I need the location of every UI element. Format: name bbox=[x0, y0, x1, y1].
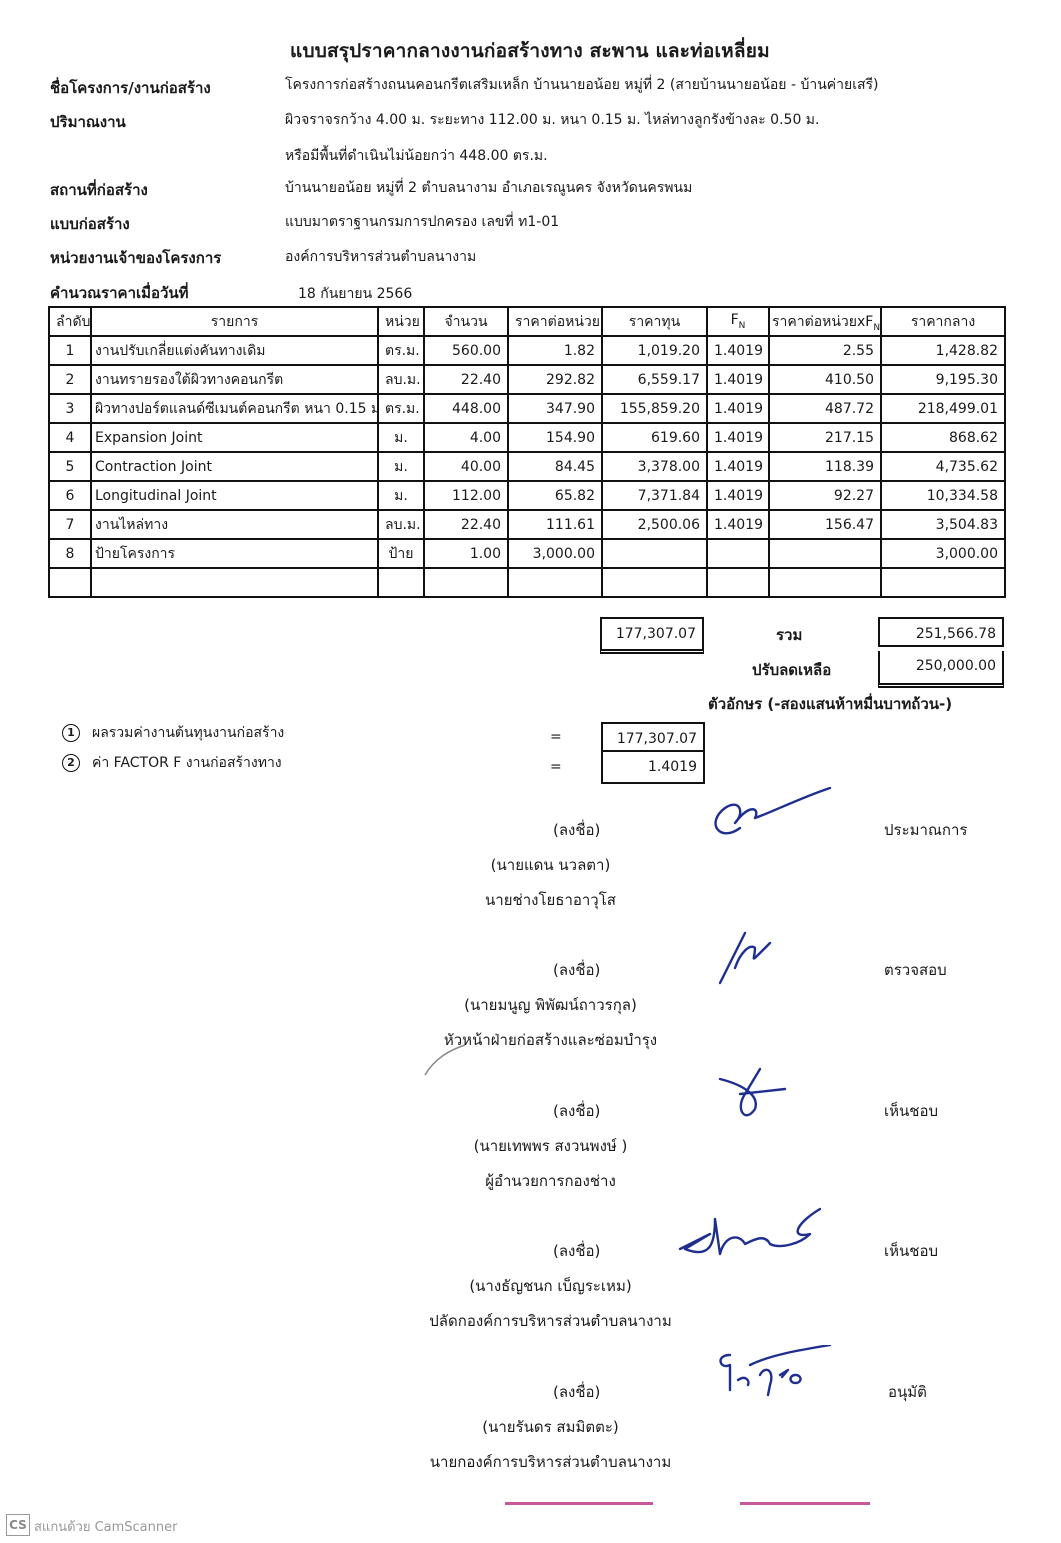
cost-total: 177,307.07 bbox=[600, 617, 704, 654]
note-2-value: 1.4019 bbox=[601, 752, 705, 784]
sign-label: (ลงชื่อ) bbox=[553, 818, 600, 842]
cell-unit: ตร.ม. bbox=[378, 336, 424, 365]
cell-unit-price-fn: 217.15 bbox=[769, 423, 881, 452]
cell-item bbox=[91, 568, 378, 597]
handwritten-signature-icon bbox=[700, 1064, 880, 1134]
cell-fn bbox=[707, 568, 769, 597]
cell-qty: 448.00 bbox=[424, 394, 508, 423]
location-value: บ้านนายอน้อย หมู่ที่ 2 ตำบลนางาม อำเภอเร… bbox=[285, 177, 692, 199]
cell-mid-price: 9,195.30 bbox=[881, 365, 1005, 394]
note-1: 1ผลรวมค่างานต้นทุนงานก่อสร้าง bbox=[62, 722, 284, 744]
cell-item: งานปรับเกลี่ยแต่งคันทางเดิม bbox=[91, 336, 378, 365]
signer-role: เห็นชอบ bbox=[884, 1239, 938, 1263]
cell-mid-price: 868.62 bbox=[881, 423, 1005, 452]
cell-no bbox=[49, 568, 91, 597]
cell-unit-price: 84.45 bbox=[508, 452, 602, 481]
calc-date-value: 18 กันยายน 2566 bbox=[298, 283, 412, 305]
col-qty: จำนวน bbox=[424, 307, 508, 336]
cell-unit-price: 3,000.00 bbox=[508, 539, 602, 568]
handwritten-signature-icon bbox=[700, 1345, 880, 1415]
cell-unit-price-fn: 487.72 bbox=[769, 394, 881, 423]
cell-cost: 619.60 bbox=[602, 423, 707, 452]
cell-fn: 1.4019 bbox=[707, 365, 769, 394]
cell-no: 6 bbox=[49, 481, 91, 510]
cell-mid-price: 218,499.01 bbox=[881, 394, 1005, 423]
amount-in-words: ตัวอักษร (-สองแสนห้าหมื่นบาทถ้วน-) bbox=[708, 692, 952, 716]
cell-unit-price: 65.82 bbox=[508, 481, 602, 510]
cell-item: Longitudinal Joint bbox=[91, 481, 378, 510]
cell-item: งานทรายรองใต้ผิวทางคอนกรีต bbox=[91, 365, 378, 394]
cell-cost: 7,371.84 bbox=[602, 481, 707, 510]
cell-qty: 112.00 bbox=[424, 481, 508, 510]
cell-unit-price-fn bbox=[769, 539, 881, 568]
signer-role: ประมาณการ bbox=[884, 818, 967, 842]
cell-unit: ม. bbox=[378, 481, 424, 510]
cost-table: ลำดับ รายการ หน่วย จำนวน ราคาต่อหน่วย รา… bbox=[48, 306, 1006, 598]
signer-position: ปลัดกองค์การบริหารส่วนตำบลนางาม bbox=[0, 1309, 1061, 1333]
table-row: 5Contraction Jointม.40.0084.453,378.001.… bbox=[49, 452, 1005, 481]
signer-name: (นายมนูญ พิพัฒน์ถาวรกุล) bbox=[0, 993, 1061, 1017]
cell-cost bbox=[602, 568, 707, 597]
cell-no: 1 bbox=[49, 336, 91, 365]
owner-label: หน่วยงานเจ้าของโครงการ bbox=[50, 246, 221, 270]
cell-item: Expansion Joint bbox=[91, 423, 378, 452]
project-name-value: โครงการก่อสร้างถนนคอนกรีตเสริมเหล็ก บ้าน… bbox=[285, 74, 879, 96]
cell-qty: 22.40 bbox=[424, 510, 508, 539]
cell-unit-price: 111.61 bbox=[508, 510, 602, 539]
table-row: 6Longitudinal Jointม.112.0065.827,371.84… bbox=[49, 481, 1005, 510]
total-label: รวม bbox=[776, 623, 802, 647]
cell-mid-price: 4,735.62 bbox=[881, 452, 1005, 481]
total-value: 251,566.78 bbox=[878, 617, 1004, 647]
cell-no: 2 bbox=[49, 365, 91, 394]
cell-cost: 3,378.00 bbox=[602, 452, 707, 481]
circled-2-icon: 2 bbox=[62, 754, 80, 772]
cell-item: ผิวทางปอร์ตแลนด์ซีเมนต์คอนกรีต หนา 0.15 … bbox=[91, 394, 378, 423]
col-fn: FN bbox=[707, 307, 769, 336]
cell-mid-price: 1,428.82 bbox=[881, 336, 1005, 365]
note-1-eq: = bbox=[550, 729, 562, 745]
cell-qty: 40.00 bbox=[424, 452, 508, 481]
cell-unit: ป้าย bbox=[378, 539, 424, 568]
quantity-label: ปริมาณงาน bbox=[50, 110, 126, 134]
sign-label: (ลงชื่อ) bbox=[553, 1099, 600, 1123]
cell-unit-price: 154.90 bbox=[508, 423, 602, 452]
cell-qty: 4.00 bbox=[424, 423, 508, 452]
cell-unit-price-fn: 410.50 bbox=[769, 365, 881, 394]
cell-mid-price bbox=[881, 568, 1005, 597]
cell-unit-price-fn: 92.27 bbox=[769, 481, 881, 510]
table-row: 1งานปรับเกลี่ยแต่งคันทางเดิมตร.ม.560.001… bbox=[49, 336, 1005, 365]
table-header-row: ลำดับ รายการ หน่วย จำนวน ราคาต่อหน่วย รา… bbox=[49, 307, 1005, 336]
cell-unit-price: 292.82 bbox=[508, 365, 602, 394]
note-1-value: 177,307.07 bbox=[601, 722, 705, 752]
table-row: 7งานไหล่ทางลบ.ม.22.40111.612,500.061.401… bbox=[49, 510, 1005, 539]
pen-mark bbox=[420, 1040, 480, 1080]
signer-name: (นายรันดร สมมิตตะ) bbox=[0, 1415, 1061, 1439]
cell-cost: 2,500.06 bbox=[602, 510, 707, 539]
project-name-label: ชื่อโครงการ/งานก่อสร้าง bbox=[50, 76, 211, 100]
calc-date-label: คำนวณราคาเมื่อวันที่ bbox=[50, 281, 189, 305]
cell-unit-price-fn: 156.47 bbox=[769, 510, 881, 539]
table-row: 4Expansion Jointม.4.00154.90619.601.4019… bbox=[49, 423, 1005, 452]
sign-label: (ลงชื่อ) bbox=[553, 1380, 600, 1404]
scan-artifact-line bbox=[505, 1502, 653, 1505]
cell-item: งานไหล่ทาง bbox=[91, 510, 378, 539]
document-title: แบบสรุปราคากลางงานก่อสร้างทาง สะพาน และท… bbox=[290, 36, 770, 66]
col-item: รายการ bbox=[91, 307, 378, 336]
cell-item: ป้ายโครงการ bbox=[91, 539, 378, 568]
handwritten-signature-icon bbox=[700, 783, 880, 853]
table-row bbox=[49, 568, 1005, 597]
location-label: สถานที่ก่อสร้าง bbox=[50, 178, 148, 202]
col-no: ลำดับ bbox=[49, 307, 91, 336]
cell-cost: 6,559.17 bbox=[602, 365, 707, 394]
cell-no: 8 bbox=[49, 539, 91, 568]
cell-no: 7 bbox=[49, 510, 91, 539]
cell-qty: 1.00 bbox=[424, 539, 508, 568]
cell-unit: ม. bbox=[378, 423, 424, 452]
cell-unit-price-fn: 118.39 bbox=[769, 452, 881, 481]
col-mid-price: ราคากลาง bbox=[881, 307, 1005, 336]
col-unit: หน่วย bbox=[378, 307, 424, 336]
signer-position: หัวหน้าฝ่ายก่อสร้างและซ่อมบำรุง bbox=[0, 1028, 1061, 1052]
cell-fn: 1.4019 bbox=[707, 510, 769, 539]
handwritten-signature-icon bbox=[700, 923, 880, 993]
camscanner-logo-icon: CS bbox=[6, 1514, 30, 1536]
cell-unit-price: 1.82 bbox=[508, 336, 602, 365]
cell-unit: ตร.ม. bbox=[378, 394, 424, 423]
cell-unit: ลบ.ม. bbox=[378, 365, 424, 394]
signer-name: (นายเทพพร สงวนพงษ์ ) bbox=[0, 1134, 1061, 1158]
cell-unit: ลบ.ม. bbox=[378, 510, 424, 539]
cell-qty: 560.00 bbox=[424, 336, 508, 365]
cell-mid-price: 3,504.83 bbox=[881, 510, 1005, 539]
cell-no: 3 bbox=[49, 394, 91, 423]
table-row: 8ป้ายโครงการป้าย1.003,000.003,000.00 bbox=[49, 539, 1005, 568]
camscanner-watermark: สแกนด้วย CamScanner bbox=[34, 1516, 177, 1537]
quantity-value-2: หรือมีพื้นที่ดำเนินไม่น้อยกว่า 448.00 ตร… bbox=[285, 145, 548, 167]
cell-cost: 155,859.20 bbox=[602, 394, 707, 423]
owner-value: องค์การบริหารส่วนตำบลนางาม bbox=[285, 246, 476, 268]
note-2: 2ค่า FACTOR F งานก่อสร้างทาง bbox=[62, 752, 282, 774]
cell-fn: 1.4019 bbox=[707, 394, 769, 423]
cell-fn bbox=[707, 539, 769, 568]
cell-unit-price-fn bbox=[769, 568, 881, 597]
table-row: 2งานทรายรองใต้ผิวทางคอนกรีตลบ.ม.22.40292… bbox=[49, 365, 1005, 394]
cell-unit: ม. bbox=[378, 452, 424, 481]
cell-mid-price: 10,334.58 bbox=[881, 481, 1005, 510]
design-label: แบบก่อสร้าง bbox=[50, 212, 130, 236]
col-cost: ราคาทุน bbox=[602, 307, 707, 336]
circled-1-icon: 1 bbox=[62, 724, 80, 742]
adjusted-label: ปรับลดเหลือ bbox=[752, 658, 831, 682]
cell-fn: 1.4019 bbox=[707, 423, 769, 452]
cell-fn: 1.4019 bbox=[707, 336, 769, 365]
cell-unit bbox=[378, 568, 424, 597]
signer-position: นายกองค์การบริหารส่วนตำบลนางาม bbox=[0, 1450, 1061, 1474]
sign-label: (ลงชื่อ) bbox=[553, 1239, 600, 1263]
signer-name: (นางธัญชนก เบ็ญระเหม) bbox=[0, 1274, 1061, 1298]
cell-qty: 22.40 bbox=[424, 365, 508, 394]
cell-cost: 1,019.20 bbox=[602, 336, 707, 365]
signer-position: ผู้อำนวยการกองช่าง bbox=[0, 1169, 1061, 1193]
cell-fn: 1.4019 bbox=[707, 481, 769, 510]
cell-item: Contraction Joint bbox=[91, 452, 378, 481]
table-row: 3ผิวทางปอร์ตแลนด์ซีเมนต์คอนกรีต หนา 0.15… bbox=[49, 394, 1005, 423]
signer-position: นายช่างโยธาอาวุโส bbox=[0, 888, 1061, 912]
cell-qty bbox=[424, 568, 508, 597]
note-2-eq: = bbox=[550, 759, 562, 775]
scan-artifact-line bbox=[740, 1502, 870, 1505]
signer-name: (นายแดน นวลตา) bbox=[0, 853, 1061, 877]
cell-unit-price bbox=[508, 568, 602, 597]
adjusted-value: 250,000.00 bbox=[878, 651, 1004, 688]
cell-no: 4 bbox=[49, 423, 91, 452]
signer-role: อนุมัติ bbox=[888, 1380, 927, 1404]
signer-role: เห็นชอบ bbox=[884, 1099, 938, 1123]
design-value: แบบมาตราฐานกรมการปกครอง เลขที่ ท1-01 bbox=[285, 211, 559, 233]
cell-cost bbox=[602, 539, 707, 568]
sign-label: (ลงชื่อ) bbox=[553, 958, 600, 982]
col-unit-price-fn: ราคาต่อหน่วยxFN bbox=[769, 307, 881, 336]
signer-role: ตรวจสอบ bbox=[884, 958, 947, 982]
col-unit-price: ราคาต่อหน่วย bbox=[508, 307, 602, 336]
cell-unit-price-fn: 2.55 bbox=[769, 336, 881, 365]
cell-fn: 1.4019 bbox=[707, 452, 769, 481]
handwritten-signature-icon bbox=[670, 1204, 850, 1274]
quantity-value: ผิวจราจรกว้าง 4.00 ม. ระยะทาง 112.00 ม. … bbox=[285, 109, 819, 131]
cell-no: 5 bbox=[49, 452, 91, 481]
cell-unit-price: 347.90 bbox=[508, 394, 602, 423]
cell-mid-price: 3,000.00 bbox=[881, 539, 1005, 568]
